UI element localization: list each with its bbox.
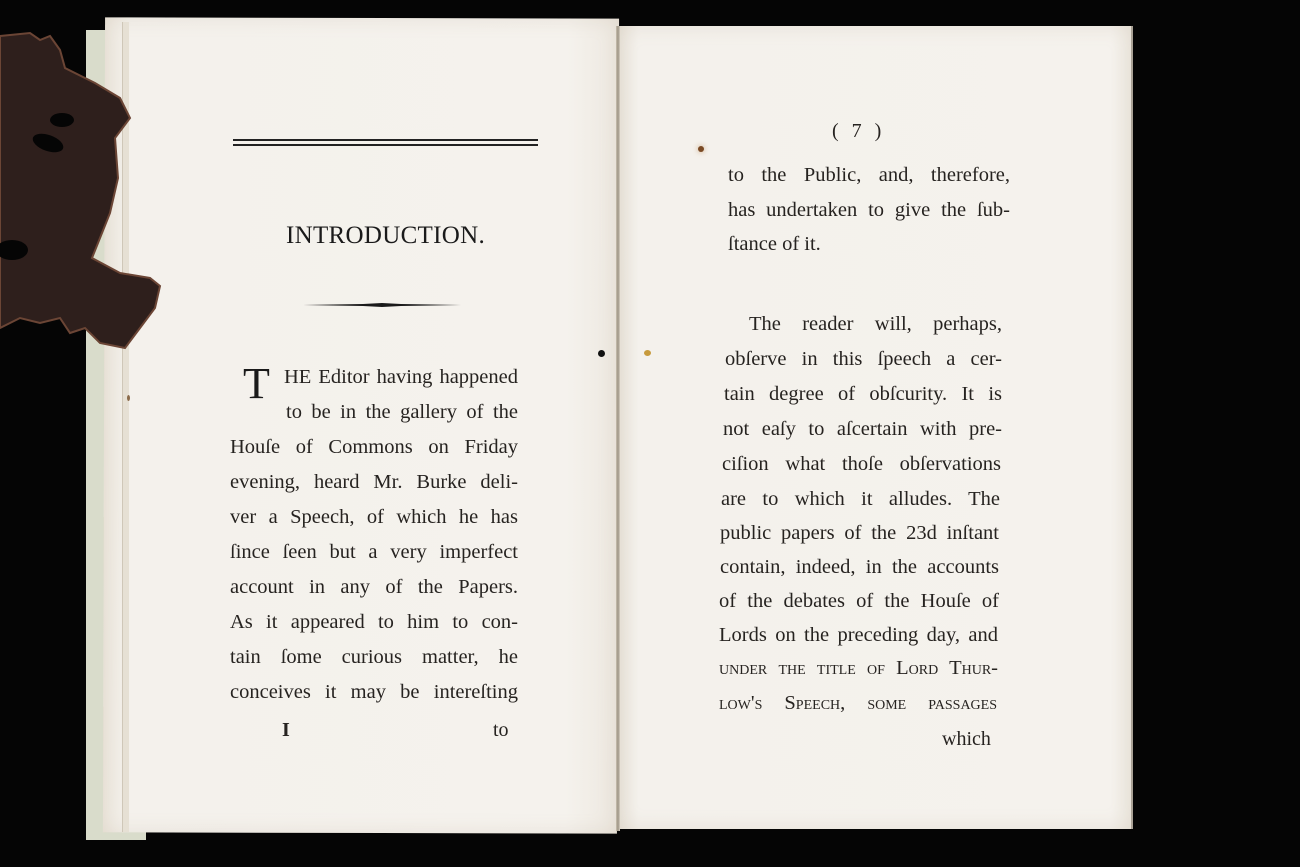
foxing-spot [698, 146, 704, 152]
text-line: evening, heard Mr. Burke deli- [230, 471, 518, 494]
text-line: under the title of Lord Thur- [719, 657, 998, 680]
text-line: tain degree of obſcurity. It is [724, 383, 1002, 406]
text-line: are to which it alludes. The [721, 488, 1000, 511]
foxing-spot [644, 350, 651, 356]
drop-cap: T [243, 362, 270, 406]
catchword: to [493, 719, 509, 742]
text-line: ſince ſeen but a very imperfect [230, 541, 518, 564]
ink-spot [598, 350, 605, 357]
text-line: The reader will, perhaps, [749, 313, 1002, 336]
metal-clip-icon [0, 28, 165, 353]
text-line: ver a Speech, of which he has [230, 506, 518, 529]
text-line: obſerve in this ſpeech a cer- [725, 348, 1002, 371]
text-line: ſtance of it. [728, 233, 838, 256]
text-line: to be in the gallery of the [286, 401, 518, 424]
text-line: tain ſome curious matter, he [230, 646, 518, 669]
text-line: As it appeared to him to con- [230, 611, 518, 634]
text-line: public papers of the 23d inſtant [720, 522, 999, 545]
text-line: account in any of the Papers. [230, 576, 518, 599]
text-line: low's Speech, ſome paſſages [719, 692, 997, 715]
text-line: conceives it may be intereſting [230, 681, 518, 704]
page-number: ( 7 ) [832, 120, 881, 143]
signature-mark: I [282, 719, 290, 742]
foxing-spot [127, 395, 130, 401]
text-line: not eaſy to aſcertain with pre- [723, 418, 1002, 441]
text-line: of the debates of the Houſe of [719, 590, 999, 613]
text-line: ciſion what thoſe obſervations [722, 453, 1001, 476]
double-rule-ornament [233, 139, 538, 146]
text-line: contain, indeed, in the accounts [720, 556, 999, 579]
chapter-heading: INTRODUCTION. [233, 222, 538, 250]
book-gutter [616, 26, 620, 831]
text-line: Lords on the preceding day, and [719, 624, 998, 647]
catchword: which [942, 728, 991, 751]
text-line: to the Public, and, therefore, [728, 164, 1010, 187]
text-line: HE Editor having happened [284, 366, 518, 389]
swell-rule-ornament [303, 303, 461, 307]
text-line: Houſe of Commons on Friday [230, 436, 518, 459]
text-line: has undertaken to give the ſub- [728, 199, 1010, 222]
